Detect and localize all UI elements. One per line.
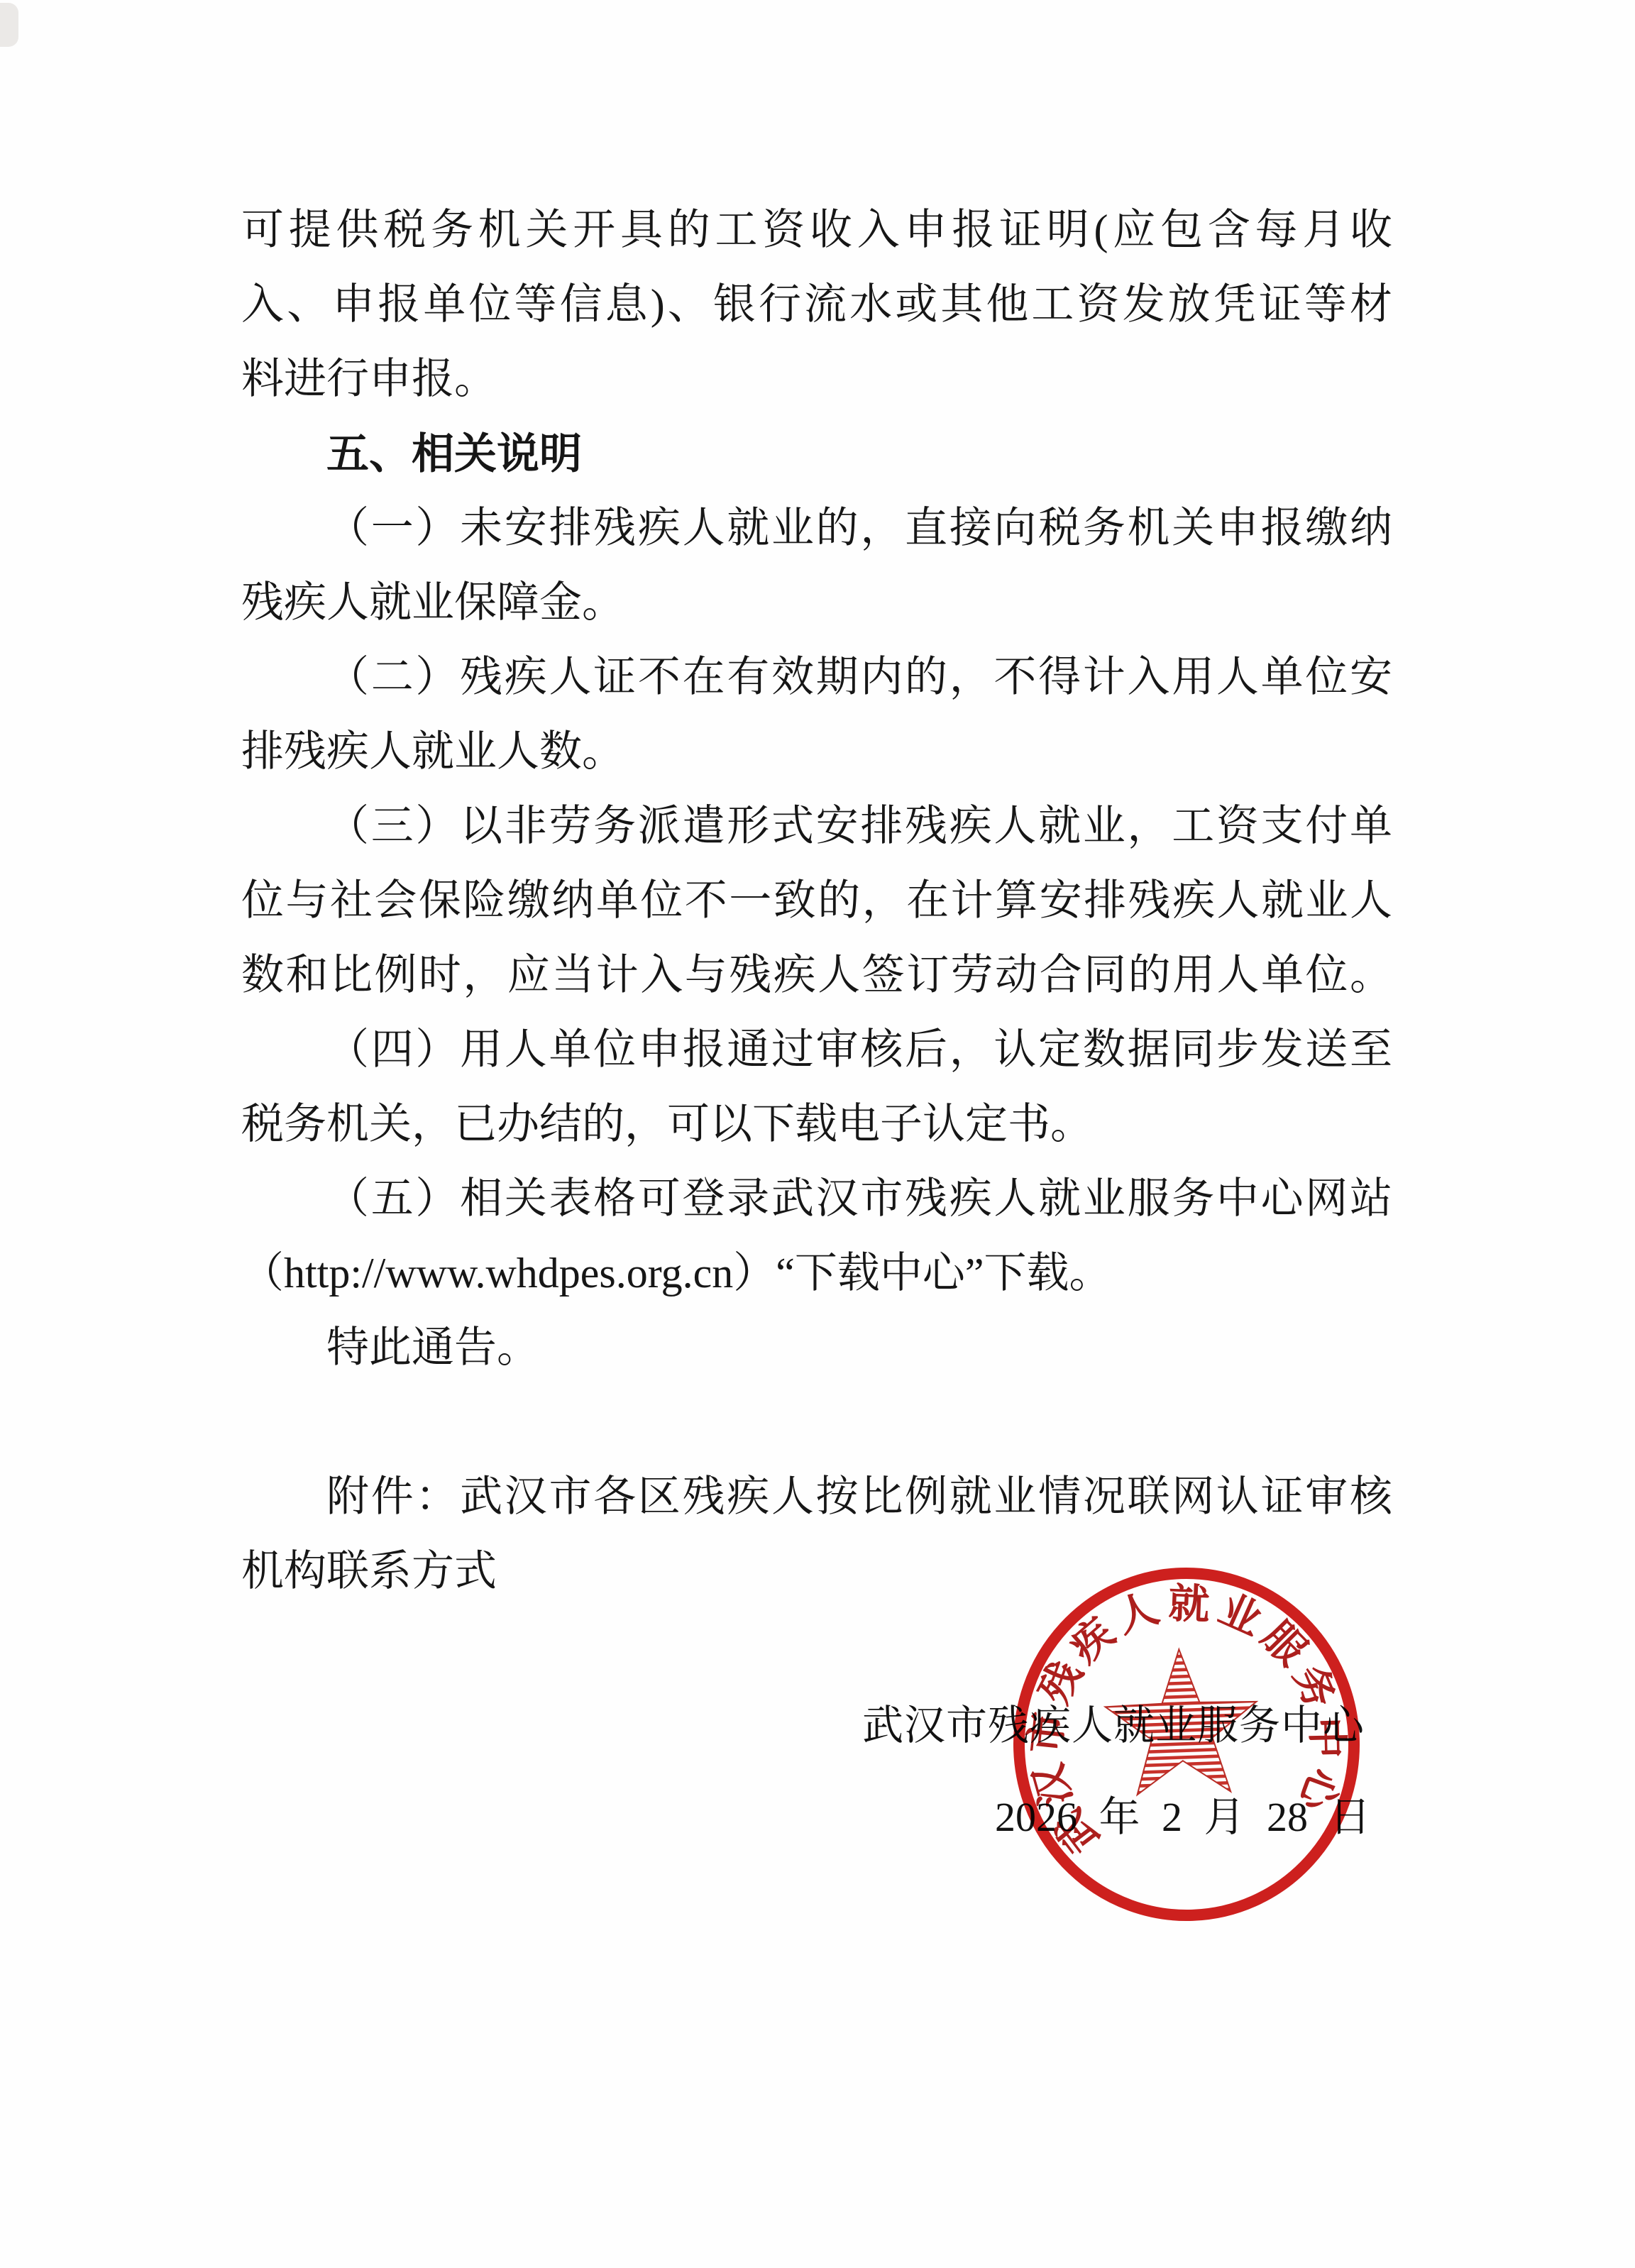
text-line: 数和比例时，应当计入与残疾人签订劳动合同的用人单位。 (241, 938, 1392, 1013)
text-line: （一）未安排残疾人就业的，直接向税务机关申报缴纳 (241, 491, 1392, 566)
text-line: （三）以非劳务派遣形式安排残疾人就业，工资支付单 (241, 789, 1392, 864)
star-icon (1103, 1647, 1260, 1796)
section-heading: 五、相关说明 (241, 417, 1392, 491)
page: { "page": { "background": "#fefefe", "te… (0, 0, 1635, 2268)
text-line: 入、申报单位等信息)、银行流水或其他工资发放凭证等材 (241, 268, 1392, 342)
text-line: 可提供税务机关开具的工资收入申报证明(应包含每月收 (241, 193, 1392, 268)
official-seal: 武汉市残疾人就业服务中心 (996, 1553, 1377, 1935)
text-line: （http://www.whdpes.org.cn）“下载中心”下载。 (241, 1236, 1392, 1311)
text-line (241, 1385, 1392, 1460)
text-line: 税务机关，已办结的，可以下载电子认定书。 (241, 1087, 1392, 1162)
text-line: 位与社会保险缴纳单位不一致的，在计算安排残疾人就业人 (241, 864, 1392, 938)
text-line: 特此通告。 (241, 1311, 1392, 1385)
text-line: 排残疾人就业人数。 (241, 715, 1392, 789)
document-body: 可提供税务机关开具的工资收入申报证明(应包含每月收入、申报单位等信息)、银行流水… (241, 193, 1392, 1609)
document-page: 可提供税务机关开具的工资收入申报证明(应包含每月收入、申报单位等信息)、银行流水… (0, 0, 1635, 2268)
text-line: 残疾人就业保障金。 (241, 566, 1392, 640)
text-line: 料进行申报。 (241, 342, 1392, 417)
text-line: （二）残疾人证不在有效期内的，不得计入用人单位安 (241, 640, 1392, 715)
text-line: （五）相关表格可登录武汉市残疾人就业服务中心网站 (241, 1162, 1392, 1236)
scan-artifact (0, 3, 18, 47)
text-line: 附件：武汉市各区残疾人按比例就业情况联网认证审核 (241, 1460, 1392, 1534)
text-line: （四）用人单位申报通过审核后，认定数据同步发送至 (241, 1013, 1392, 1087)
